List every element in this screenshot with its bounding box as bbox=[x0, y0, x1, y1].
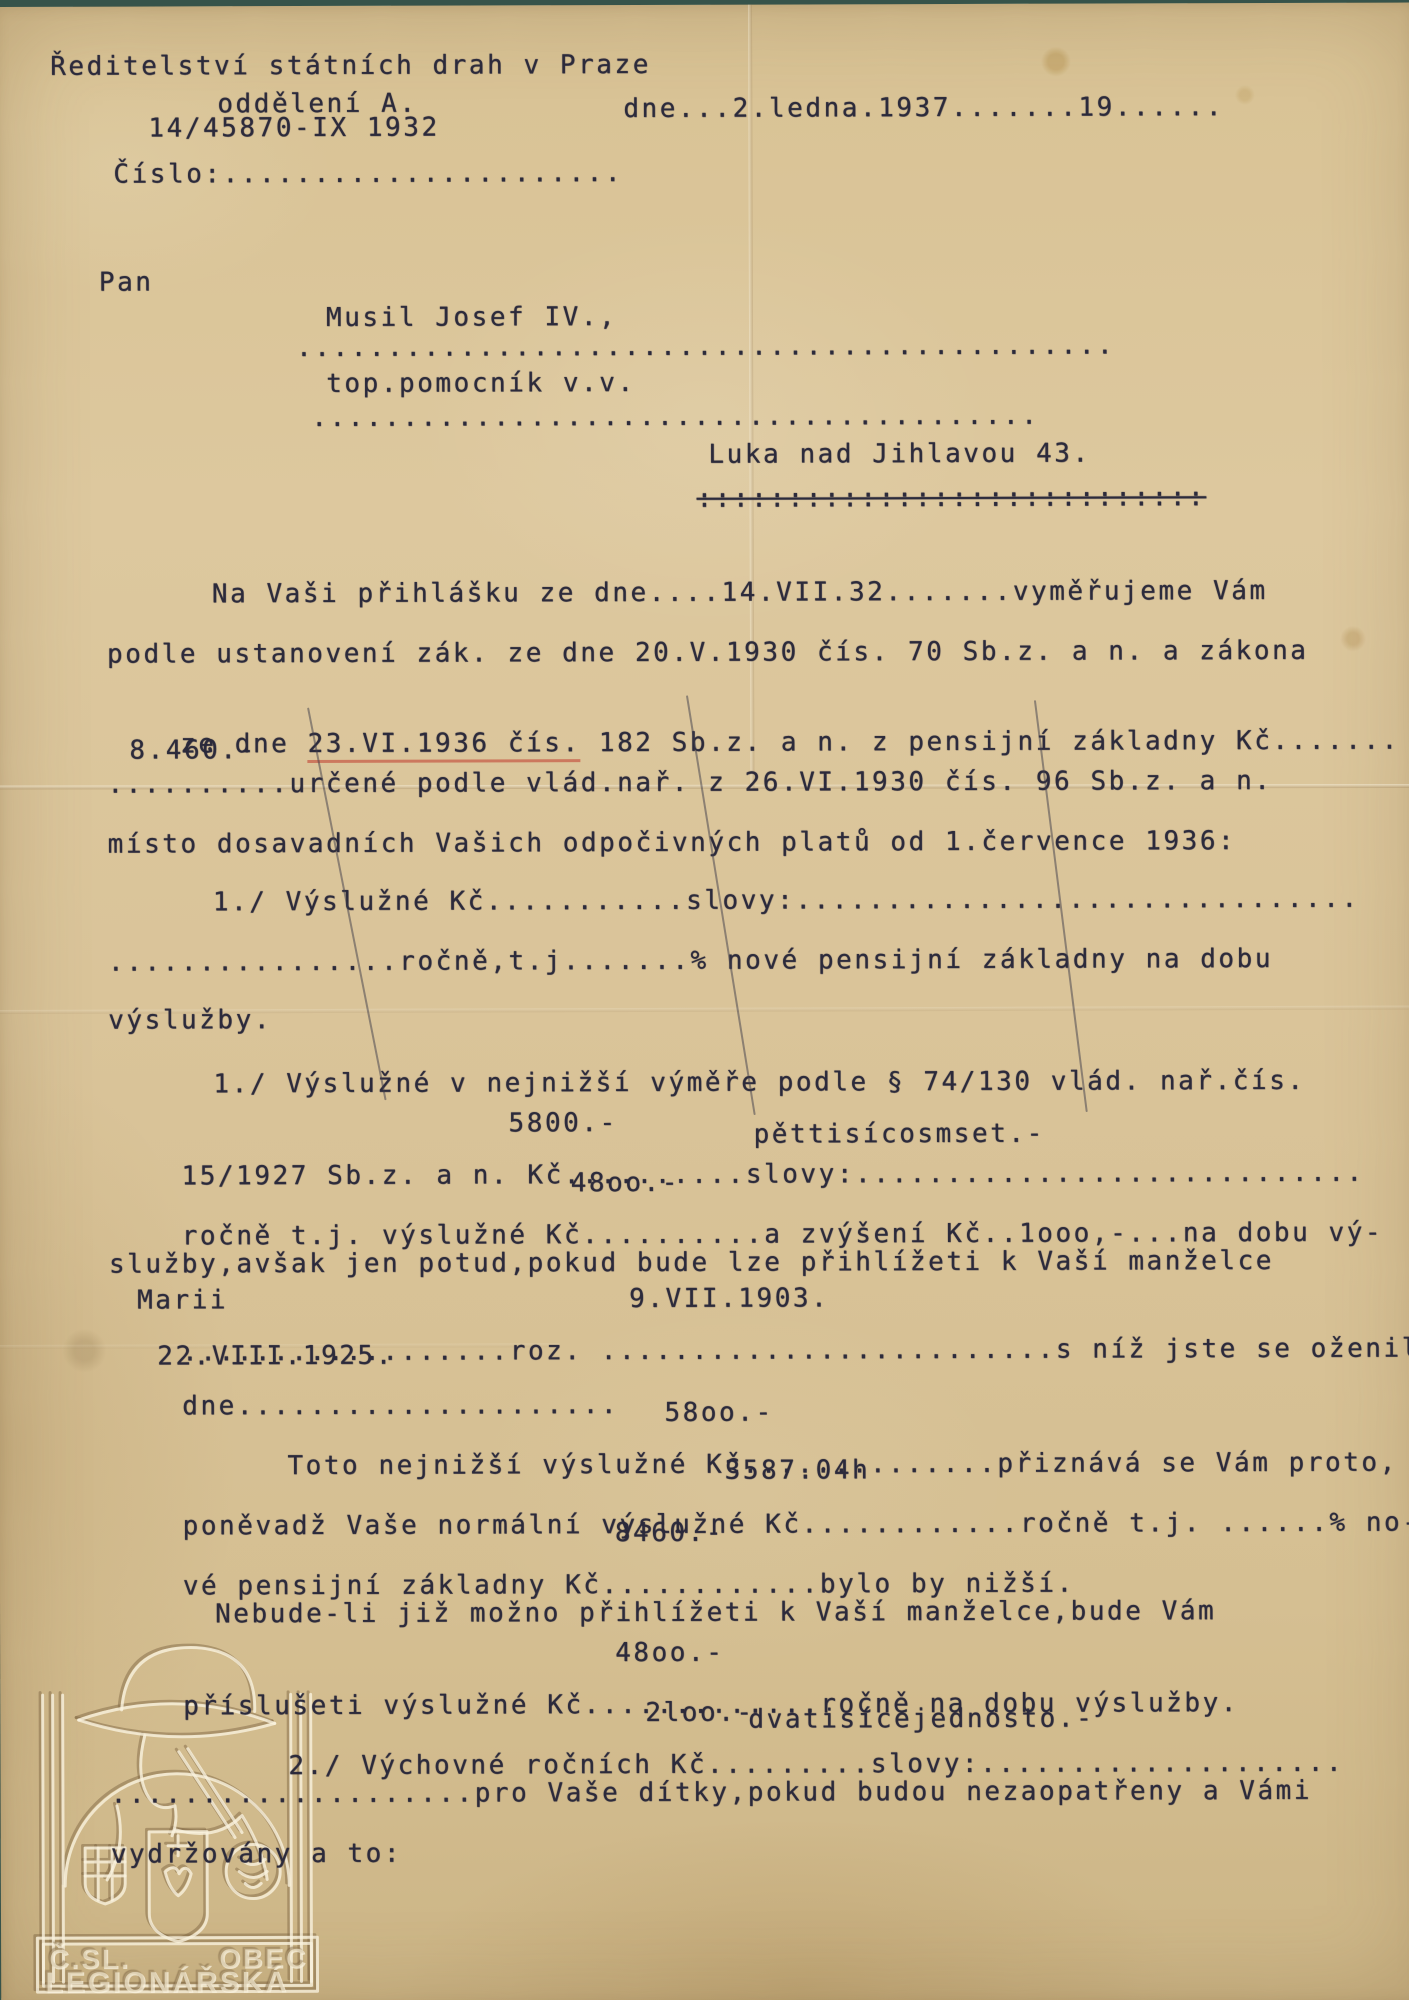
file-number-value: 14/45870-IX 1932 bbox=[148, 112, 439, 145]
inserted-amount-8460: 8.460.- bbox=[129, 734, 257, 766]
file-number-line: Číslo:...................... 14/45870-IX… bbox=[40, 125, 623, 255]
addressee-city: Luka nad Jihlavou 43. bbox=[708, 438, 1090, 471]
item1-line2: ................ročně,t.j.......% nové p… bbox=[108, 943, 1273, 979]
addressee-title-dots: ........................................ bbox=[311, 400, 1039, 434]
amount-3587: 3587.04h bbox=[725, 1454, 871, 1486]
amount-8460-repeat: 8460.- bbox=[615, 1517, 724, 1549]
addressee-city-rule: :::::::::::::::::::::::::::: bbox=[696, 481, 1206, 515]
salutation: Pan bbox=[99, 267, 154, 299]
item2-line2: ....................pro Vaše dítky,pokud… bbox=[111, 1775, 1313, 1811]
amount-5800-repeat: 58oo.- bbox=[664, 1397, 773, 1429]
aged-paper-sheet: Č.SL. OBEC LEGIONÁŘSKÁ Ředitelství státn… bbox=[0, 3, 1409, 2000]
paragraph1-line2: podle ustanovení zák. ze dne 20.V.1930 č… bbox=[107, 635, 1309, 671]
paragraph1-line5: místo dosavadních Vašich odpočivných pla… bbox=[108, 825, 1237, 861]
addressee-name-dots: ........................................… bbox=[296, 329, 1115, 364]
amount-4800: 48oo.- bbox=[571, 1167, 680, 1199]
item2-line3: vydržovány a to: bbox=[111, 1838, 402, 1871]
wife-birthdate: 9.VII.1903. bbox=[629, 1282, 829, 1315]
red-underlined-date: 23.VI.1936 čís. bbox=[308, 728, 581, 763]
paragraph1-line3-post: 182 Sb.z. a n. z pensijní základny Kč...… bbox=[581, 726, 1400, 759]
amount-words-2100: dvatisícejednosto.- bbox=[748, 1703, 1094, 1736]
paragraph1-line4: ..........určené podle vlád.nař. z 26.VI… bbox=[107, 765, 1272, 801]
paragraph4-line1: Nebude-li již možno přihlížeti k Vaší ma… bbox=[215, 1595, 1216, 1630]
date-line: dne...2.ledna.1937.......19...... bbox=[623, 91, 1224, 125]
item1-line1: 1./ Výslužné Kč...........slovy:........… bbox=[213, 883, 1360, 919]
item1b-line1: 1./ Výslužné v nejnižší výměře podle § 7… bbox=[213, 1065, 1305, 1100]
scanned-letter-page: { "document": { "letterhead": { "office1… bbox=[0, 0, 1409, 2000]
paragraph1-line1: Na Vaši přihlášku ze dne....14.VII.32...… bbox=[212, 575, 1268, 610]
amount-2100: 2loo.- bbox=[645, 1697, 754, 1729]
file-number-dots: Číslo:...................... bbox=[113, 158, 623, 190]
item1b-line4: služby,avšak jen potud,pokud bude lze př… bbox=[109, 1245, 1274, 1281]
marriage-date: 22.VIII.1925. bbox=[157, 1340, 394, 1373]
amount-4800-repeat: 48oo.- bbox=[615, 1637, 724, 1669]
wife-name: Marii bbox=[137, 1284, 228, 1316]
amount-5800: 5800.- bbox=[508, 1107, 617, 1139]
watermark-text-legionarska: LEGIONÁŘSKÁ bbox=[44, 1965, 288, 2000]
office-name-line: Ředitelství státních drah v Praze bbox=[50, 49, 651, 83]
amount-words-5800: pěttisícosmset.- bbox=[753, 1118, 1044, 1151]
item1-line3: výslužby. bbox=[108, 1004, 272, 1037]
addressee-name: Musil Josef IV., bbox=[326, 301, 617, 334]
addressee-title: top.pomocník v.v. bbox=[326, 367, 636, 400]
